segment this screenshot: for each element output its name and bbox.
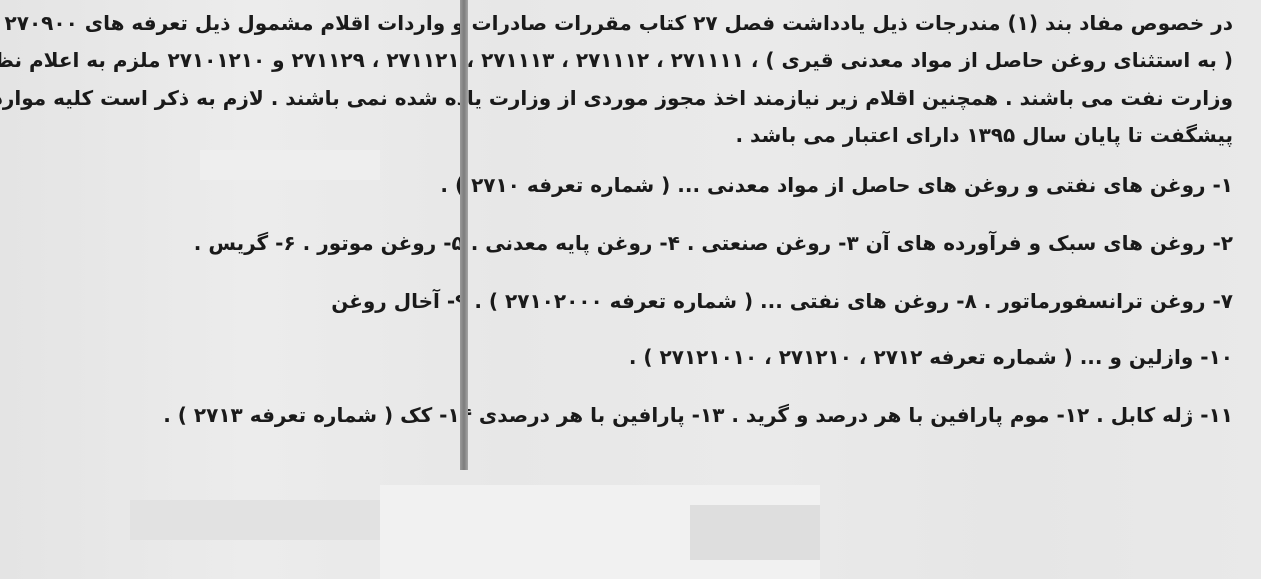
paragraph-line: پیشگفت تا پایان سال ۱۳۹۵ دارای اعتبار می… (735, 120, 1233, 150)
list-item: ۱۱- ژله کابل . ۱۲- موم پارافین با هر درص… (163, 400, 1233, 430)
scanned-page: در خصوص مفاد بند (۱) مندرجات ذیل یادداشت… (0, 0, 1261, 579)
page-fold-shadow (460, 0, 468, 470)
list-item: ۱- روغن های نفتی و روغن های حاصل از مواد… (440, 170, 1233, 200)
scan-artifact (200, 150, 380, 180)
list-item: ۱۰- وازلین و ... ( شماره تعرفه ۲۷۱۲ ، ۲۷… (629, 342, 1233, 372)
paragraph-line: وزارت نفت می باشند . همچنین اقلام زیر نی… (18, 83, 1233, 113)
list-item: ۲- روغن های سبک و فرآورده های آن ۳- روغن… (194, 228, 1233, 258)
paragraph-line: ( به استثنای روغن حاصل از مواد معدنی قیر… (18, 45, 1233, 75)
paragraph-line: در خصوص مفاد بند (۱) مندرجات ذیل یادداشت… (18, 8, 1233, 38)
scan-artifact (690, 505, 820, 560)
